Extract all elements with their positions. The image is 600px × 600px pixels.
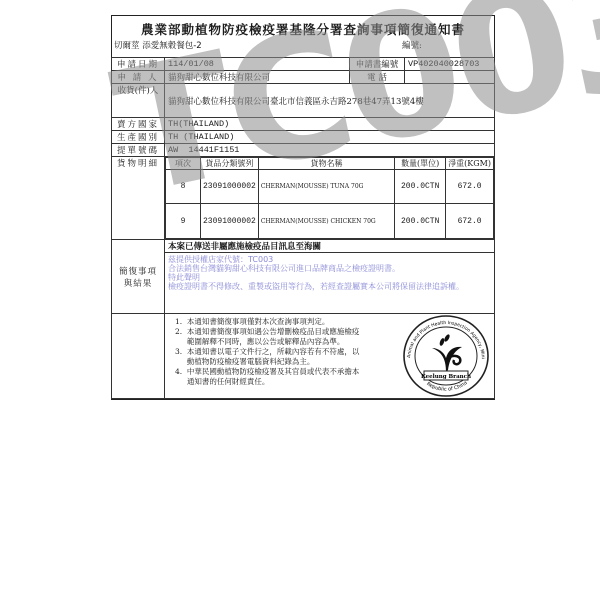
goods-cell: 項次 貨品分類號列 貨物名稱 數量(單位) 淨重(KGM) 8 23091000… [165, 157, 495, 240]
statement-line: 合法銷售台灣貓狗甜心科技有限公司進口品牌商品之檢疫證明書。 [168, 264, 491, 273]
document-title: 農業部動植物防疫檢疫署基隆分署查詢事項簡復通知書 [112, 20, 494, 38]
result-label-line: 與結果 [115, 277, 161, 289]
goods-label: 貨物明細 [112, 157, 165, 240]
col-header: 貨物名稱 [258, 158, 394, 170]
item-weight: 672.0 [446, 170, 494, 204]
col-header: 淨重(KGM) [446, 158, 494, 170]
svg-text:Animal and Plant Health Inspec: Animal and Plant Health Inspection Agenc… [402, 314, 486, 359]
result-label: 簡復事項 與結果 [112, 240, 165, 314]
item-qty: 200.0CTN [395, 204, 446, 239]
info-table: 申請日期 114/01/08 申請書編號 VP402040028703 申 請 … [111, 57, 495, 399]
item-code: 23091000002 [201, 170, 259, 204]
notes-label [112, 314, 165, 399]
statement-line: 茲提供授權店家代號：TC003 [168, 255, 491, 264]
item-no: 9 [166, 204, 201, 239]
notes-cell: 1. 本通知書簡復事項僅對本次查詢事項判定。 2. 本通知書簡復事項如遇公告增刪… [165, 314, 495, 399]
apply-date-value: 114/01/08 [165, 58, 350, 71]
phone-value [405, 71, 495, 84]
item-name: CHERMAN(MOUSSE) CHICKEN 70G [258, 204, 394, 239]
table-row: 9 23091000002 CHERMAN(MOUSSE) CHICKEN 70… [166, 204, 494, 239]
col-header: 貨品分類號列 [201, 158, 259, 170]
number-label: 編號: [402, 39, 422, 51]
seller-country-value: TH(THAILAND) [165, 118, 495, 131]
waybill-label: 提單號碼 [112, 144, 165, 157]
item-no: 8 [166, 170, 201, 204]
official-seal-icon: Keelung Branch Animal and Plant Health I… [402, 314, 490, 398]
phone-label: 電 話 [350, 71, 405, 84]
col-header: 數量(單位) [395, 158, 446, 170]
applicant-value: 貓狗甜心數位科技有限公司 [165, 71, 350, 84]
statement-line: 檢疫證明書不得修改、重製或盜用等行為，若經查證屬實本公司將保留法律追訴權。 [168, 282, 491, 291]
notice-document: 農業部動植物防疫檢疫署基隆分署查詢事項簡復通知書 切爾莖 添愛無穀餐包-2 編號… [111, 15, 495, 400]
seller-country-label: 賣方國家 [112, 118, 165, 131]
result-bold-line: 本案已傳送非屬應施檢疫品目訊息至海關 [165, 240, 495, 253]
consignee-value: 貓狗甜心數位科技有限公司臺北市信義區永吉路278巷47弄13號4樓 [165, 84, 495, 118]
origin-label: 生產國別 [112, 131, 165, 144]
product-subline: 切爾莖 添愛無穀餐包-2 [114, 39, 202, 51]
seal-outer-text: Animal and Plant Health Inspection Agenc… [402, 314, 486, 359]
item-qty: 200.0CTN [395, 170, 446, 204]
applicant-label: 申 請 人 [112, 71, 165, 84]
result-statement: 茲提供授權店家代號：TC003 合法銷售台灣貓狗甜心科技有限公司進口品牌商品之檢… [165, 253, 495, 314]
item-weight: 672.0 [446, 204, 494, 239]
item-name: CHERMAN(MOUSSE) TUNA 70G [258, 170, 394, 204]
goods-table: 項次 貨品分類號列 貨物名稱 數量(單位) 淨重(KGM) 8 23091000… [165, 157, 494, 239]
app-no-label: 申請書編號 [350, 58, 405, 71]
apply-date-label: 申請日期 [112, 58, 165, 71]
waybill-value: AW 14441F1151 [165, 144, 495, 157]
statement-line: 特此聲明 [168, 273, 491, 282]
seal-banner: Keelung Branch [421, 374, 471, 380]
result-label-line: 簡復事項 [115, 265, 161, 277]
origin-value: TH (THAILAND) [165, 131, 495, 144]
item-code: 23091000002 [201, 204, 259, 239]
table-row: 8 23091000002 CHERMAN(MOUSSE) TUNA 70G 2… [166, 170, 494, 204]
col-header: 項次 [166, 158, 201, 170]
consignee-label: 收貨(件)人 [112, 84, 165, 118]
app-no-value: VP402040028703 [405, 58, 495, 71]
